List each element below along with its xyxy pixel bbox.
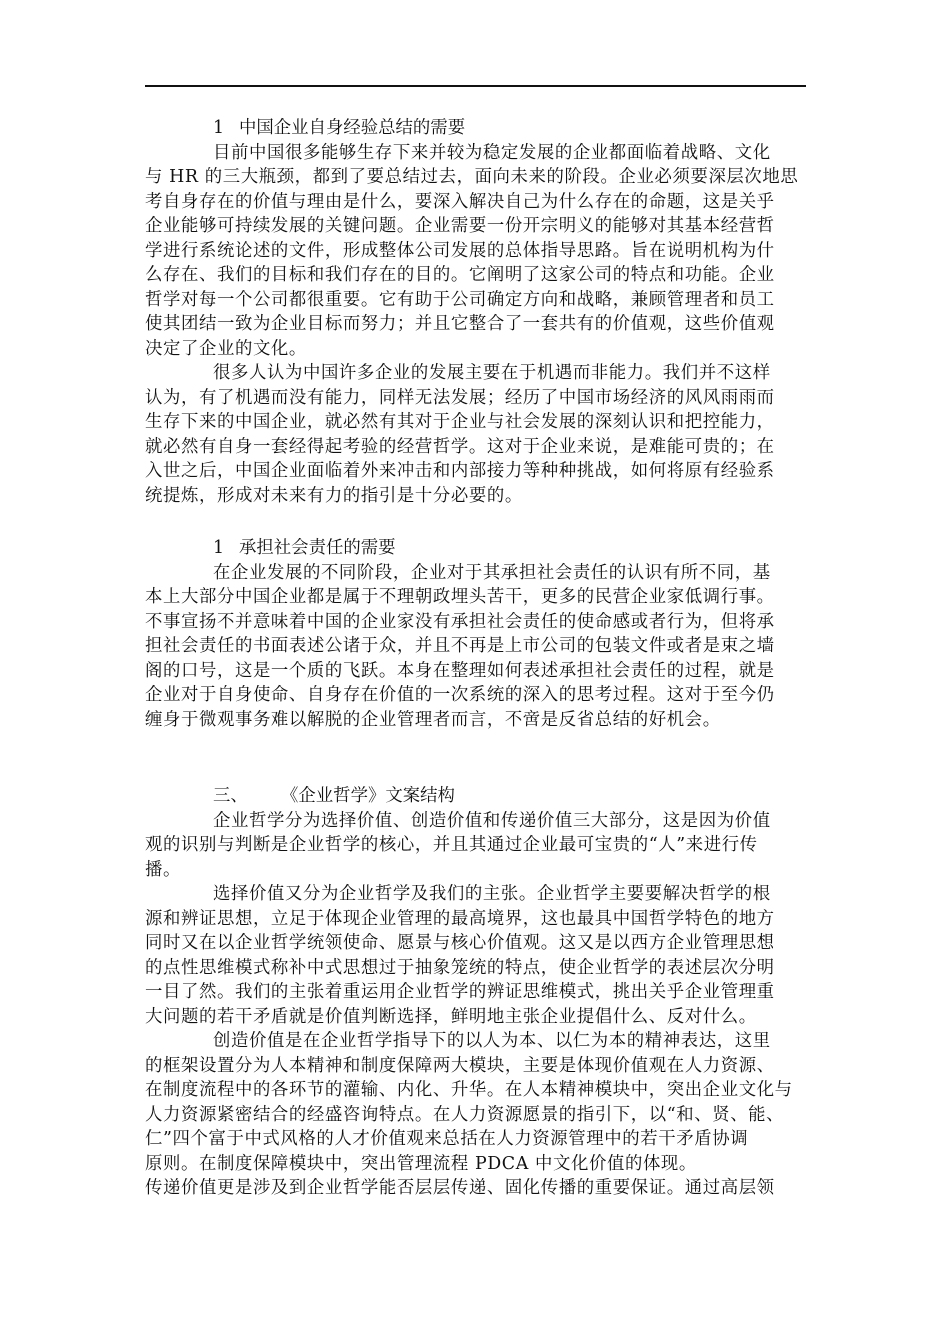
- section-social-responsibility: 1承担社会责任的需要 在企业发展的不同阶段，企业对于其承担社会责任的认识有所不同…: [145, 536, 806, 732]
- paragraph: 企业哲学分为选择价值、创造价值和传递价值三大部分，这是因为价值 观的识别与判断是…: [145, 809, 806, 883]
- text-line: 目前中国很多能够生存下来并较为稳定发展的企业都面临着战略、文化: [145, 141, 806, 166]
- paragraph: 创造价值是在企业哲学指导下的以人为本、以仁为本的精神表达，这里 的框架设置分为人…: [145, 1029, 806, 1176]
- section-heading: 1中国企业自身经验总结的需要: [145, 116, 806, 141]
- text-line: 使其团结一致为企业目标而努力；并且它整合了一套共有的价值观，这些价值观: [145, 312, 806, 337]
- paragraph: 很多人认为中国许多企业的发展主要在于机遇而非能力。我们并不这样 认为，有了机遇而…: [145, 361, 806, 508]
- text-line: 观的识别与判断是企业哲学的核心，并且其通过企业最可宝贵的“人”来进行传: [145, 833, 806, 858]
- text-line: 企业对于自身使命、自身存在价值的一次系统的深入的思考过程。这对于至今仍: [145, 683, 806, 708]
- heading-text: 中国企业自身经验总结的需要: [239, 118, 465, 138]
- text-line: 在企业发展的不同阶段，企业对于其承担社会责任的认识有所不同，基: [145, 561, 806, 586]
- section-heading: 三、《企业哲学》文案结构: [145, 784, 806, 809]
- text-line: 传递价值更是涉及到企业哲学能否层层传递、固化传播的重要保证。通过高层领: [145, 1176, 806, 1201]
- text-line: 源和辨证思想，立足于体现企业管理的最高境界，这也最具中国哲学特色的地方: [145, 907, 806, 932]
- text-line: 担社会责任的书面表述公诸于众，并且不再是上市公司的包装文件或者是束之墙: [145, 634, 806, 659]
- text-line: 一目了然。我们的主张着重运用企业哲学的辨证思维模式，挑出关乎企业管理重: [145, 980, 806, 1005]
- text-line: 原则。在制度保障模块中，突出管理流程 PDCA 中文化价值的体现。: [145, 1152, 806, 1177]
- text-line: 阁的口号，这是一个质的飞跃。本身在整理如何表述承担社会责任的过程，就是: [145, 659, 806, 684]
- paragraph: 在企业发展的不同阶段，企业对于其承担社会责任的认识有所不同，基 本上大部分中国企…: [145, 561, 806, 733]
- heading-number: 1: [213, 536, 239, 561]
- text-line: 么存在、我们的目标和我们存在的目的。它阐明了这家公司的特点和功能。企业: [145, 263, 806, 288]
- text-line: 企业能够可持续发展的关键问题。企业需要一份开宗明义的能够对其基本经营哲: [145, 214, 806, 239]
- paragraph: 传递价值更是涉及到企业哲学能否层层传递、固化传播的重要保证。通过高层领: [145, 1176, 806, 1201]
- text-line: 本上大部分中国企业都是属于不理朝政埋头苦干，更多的民营企业家低调行事。: [145, 585, 806, 610]
- section-document-structure: 三、《企业哲学》文案结构 企业哲学分为选择价值、创造价值和传递价值三大部分，这是…: [145, 784, 806, 1201]
- text-line: 人力资源紧密结合的经盛咨询特点。在人力资源愿景的指引下，以“和、贤、能、: [145, 1103, 806, 1128]
- paragraph: 目前中国很多能够生存下来并较为稳定发展的企业都面临着战略、文化 与 HR 的三大…: [145, 141, 806, 362]
- text-line: 播。: [145, 858, 806, 883]
- section-heading: 1承担社会责任的需要: [145, 536, 806, 561]
- text-line: 就必然有自身一套经得起考验的经营哲学。这对于企业来说，是难能可贵的；在: [145, 435, 806, 460]
- text-line: 入世之后，中国企业面临着外来冲击和内部接力等种种挑战，如何将原有经验系: [145, 459, 806, 484]
- text-line: 大问题的若干矛盾就是价值判断选择，鲜明地主张企业提倡什么、反对什么。: [145, 1005, 806, 1030]
- text-line: 缠身于微观事务难以解脱的企业管理者而言，不啻是反省总结的好机会。: [145, 708, 806, 733]
- text-line: 哲学对每一个公司都很重要。它有助于公司确定方向和战略，兼顾管理者和员工: [145, 288, 806, 313]
- heading-number: 三、: [213, 784, 281, 809]
- text-line: 企业哲学分为选择价值、创造价值和传递价值三大部分，这是因为价值: [145, 809, 806, 834]
- paragraph: 选择价值又分为企业哲学及我们的主张。企业哲学主要要解决哲学的根 源和辨证思想，立…: [145, 882, 806, 1029]
- document-page: 1中国企业自身经验总结的需要 目前中国很多能够生存下来并较为稳定发展的企业都面临…: [0, 0, 950, 1344]
- text-line: 创造价值是在企业哲学指导下的以人为本、以仁为本的精神表达，这里: [145, 1029, 806, 1054]
- text-line: 学进行系统论述的文件，形成整体公司发展的总体指导思路。旨在说明机构为什: [145, 239, 806, 264]
- header-rule: [145, 85, 806, 87]
- heading-number: 1: [213, 116, 239, 141]
- text-line: 的点性思维模式称补中式思想过于抽象笼统的特点，使企业哲学的表述层次分明: [145, 956, 806, 981]
- text-line: 与 HR 的三大瓶颈，都到了要总结过去，面向未来的阶段。企业必须要深层次地思: [145, 165, 806, 190]
- text-line: 生存下来的中国企业，就必然有其对于企业与社会发展的深刻认识和把控能力，: [145, 410, 806, 435]
- text-line: 仁”四个富于中式风格的人才价值观来总括在人力资源管理中的若干矛盾协调: [145, 1127, 806, 1152]
- text-line: 在制度流程中的各环节的灌输、内化、升华。在人本精神模块中，突出企业文化与: [145, 1078, 806, 1103]
- section-experience-summary: 1中国企业自身经验总结的需要 目前中国很多能够生存下来并较为稳定发展的企业都面临…: [145, 116, 806, 508]
- text-line: 不事宣扬不并意味着中国的企业家没有承担社会责任的使命感或者行为，但将承: [145, 610, 806, 635]
- text-line: 的框架设置分为人本精神和制度保障两大模块，主要是体现价值观在人力资源、: [145, 1054, 806, 1079]
- heading-text: 《企业哲学》文案结构: [281, 786, 455, 806]
- text-line: 很多人认为中国许多企业的发展主要在于机遇而非能力。我们并不这样: [145, 361, 806, 386]
- text-line: 选择价值又分为企业哲学及我们的主张。企业哲学主要要解决哲学的根: [145, 882, 806, 907]
- text-line: 统提炼，形成对未来有力的指引是十分必要的。: [145, 484, 806, 509]
- text-line: 认为，有了机遇而没有能力，同样无法发展；经历了中国市场经济的风风雨雨而: [145, 386, 806, 411]
- text-line: 决定了企业的文化。: [145, 337, 806, 362]
- text-line: 考自身存在的价值与理由是什么，要深入解决自己为什么存在的命题，这是关乎: [145, 190, 806, 215]
- text-line: 同时又在以企业哲学统领使命、愿景与核心价值观。这又是以西方企业管理思想: [145, 931, 806, 956]
- heading-text: 承担社会责任的需要: [239, 538, 396, 558]
